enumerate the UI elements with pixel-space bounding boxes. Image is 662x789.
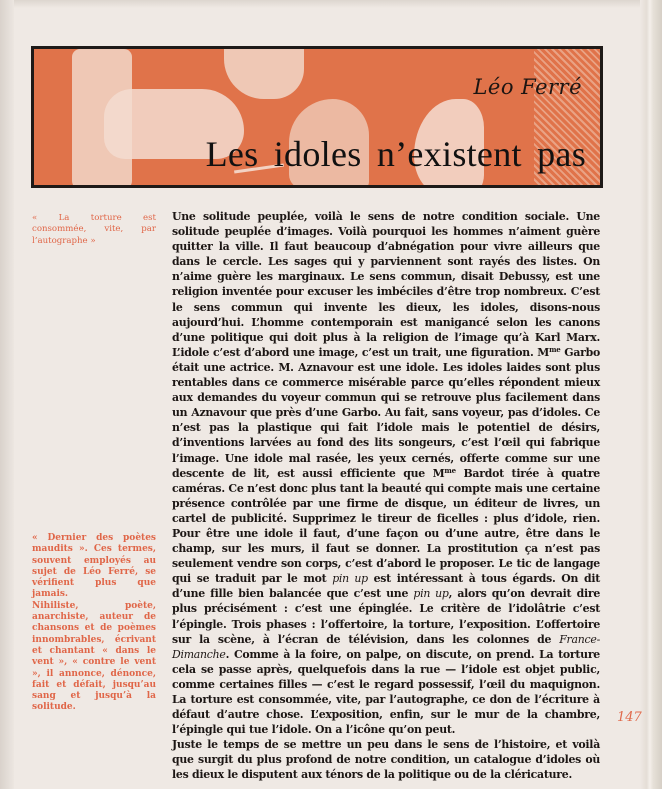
page-edge [0, 0, 662, 8]
text-run: Garbo était une actrice. M. Aznavour est… [172, 346, 600, 480]
book-spine [640, 0, 662, 789]
body-paragraph: Juste le temps de se mettre un peu dans … [172, 737, 600, 782]
pull-quote-text: « La torture est consommée, vite, par l’… [32, 213, 156, 247]
pull-quote: « La torture est consommée, vite, par l’… [32, 213, 156, 247]
article-author: Léo Ferré [473, 75, 582, 99]
bio-paragraph: Nihiliste, poète, anarchiste, auteur de … [32, 601, 156, 714]
page-number: 147 [617, 710, 642, 725]
superscript: me [549, 345, 560, 354]
bio-paragraph: « Dernier des poètes maudits ». Ces term… [32, 533, 156, 601]
italic-term: pin up [413, 587, 448, 600]
text-run: Bardot tirée à quatre caméras. Ce n’est … [172, 467, 600, 586]
page-edge-left [0, 0, 14, 789]
body-paragraph: Une solitude peuplée, voilà le sens de n… [172, 209, 600, 737]
article-body: Une solitude peuplée, voilà le sens de n… [172, 209, 600, 783]
header-banner: Léo Ferré Les idoles n’existent pas [31, 46, 603, 188]
text-run: . Comme à la foire, on palpe, on discute… [172, 648, 600, 736]
text-run: Une solitude peuplée, voilà le sens de n… [172, 210, 600, 359]
article-title: Les idoles n’existent pas [206, 133, 586, 175]
italic-term: pin up [332, 572, 368, 585]
author-bio-sidenote: « Dernier des poètes maudits ». Ces term… [32, 533, 156, 714]
photo-highlight [224, 49, 304, 99]
superscript: me [444, 466, 455, 475]
